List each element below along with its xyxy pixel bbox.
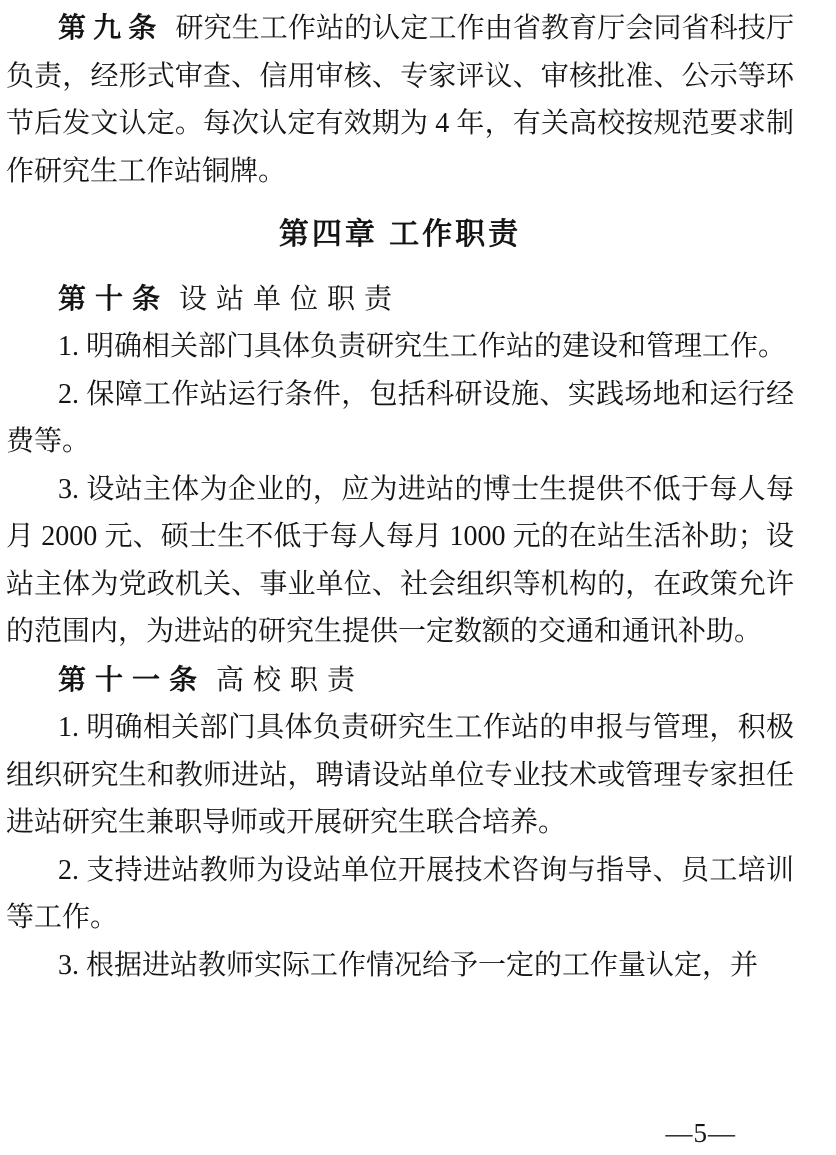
document-body: 第九条研究生工作站的认定工作由省教育厅会同省科技厅负责，经形式审查、信用审核、专…	[6, 4, 794, 989]
article-10-item-3: 3. 设站主体为企业的，应为进站的博士生提供不低于每人每月 2000 元、硕士生…	[6, 466, 794, 656]
article-10-item-1: 1. 明确相关部门具体负责研究生工作站的建设和管理工作。	[6, 323, 794, 371]
document-page: 第九条研究生工作站的认定工作由省教育厅会同省科技厅负责，经形式审查、信用审核、专…	[0, 0, 836, 1155]
article-11-title-number: 第十一条	[58, 664, 206, 695]
article-9-number: 第九条	[58, 12, 163, 43]
article-10-title: 第十条设站单位职责	[6, 275, 794, 324]
article-11-item-2: 2. 支持进站教师为设站单位开展技术咨询与指导、员工培训等工作。	[6, 847, 794, 942]
chapter-4-heading: 第四章 工作职责	[6, 211, 794, 259]
article-9: 第九条研究生工作站的认定工作由省教育厅会同省科技厅负责，经形式审查、信用审核、专…	[6, 4, 794, 195]
article-11-item-3: 3. 根据进站教师实际工作情况给予一定的工作量认定，并	[6, 942, 794, 990]
article-10-title-number: 第十条	[58, 283, 169, 314]
article-11-title: 第十一条高校职责	[6, 656, 794, 705]
article-11-item-1: 1. 明确相关部门具体负责研究生工作站的申报与管理，积极组织研究生和教师进站，聘…	[6, 704, 794, 847]
page-number: —5—	[666, 1118, 737, 1149]
article-10-item-2: 2. 保障工作站运行条件，包括科研设施、实践场地和运行经费等。	[6, 371, 794, 466]
